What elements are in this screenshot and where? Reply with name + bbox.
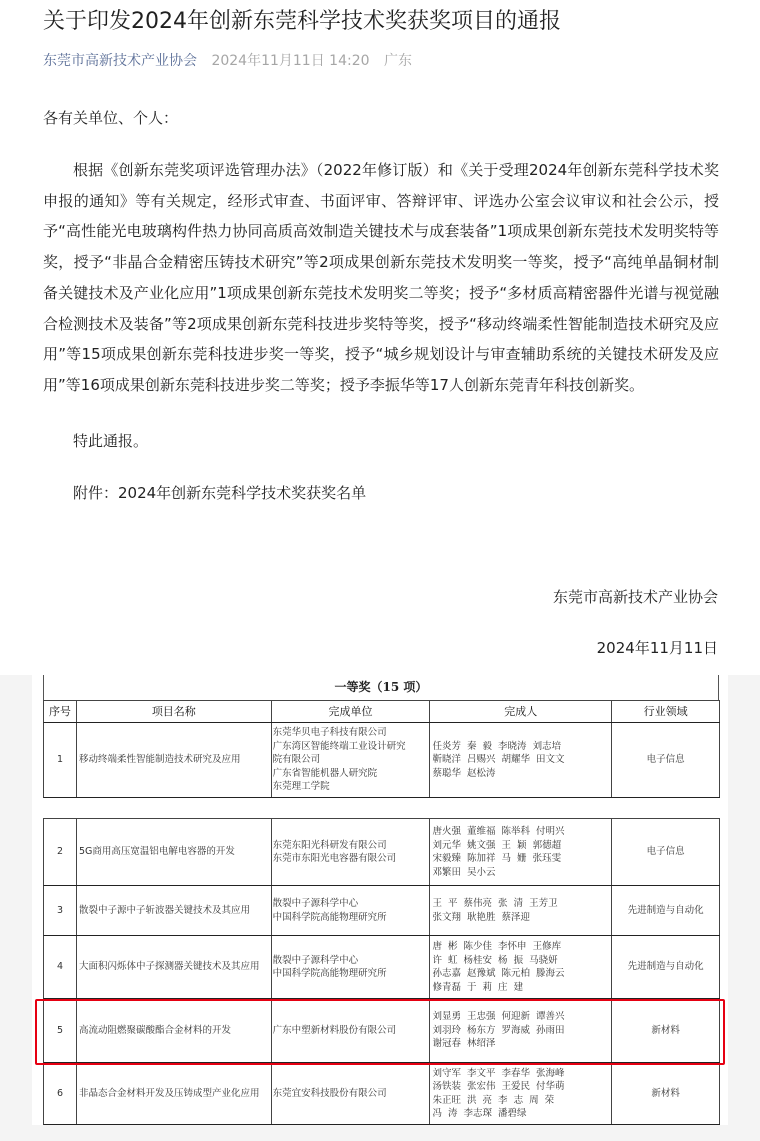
salutation: 各有关单位、个人： — [43, 106, 178, 130]
main-paragraph: 根据《创新东莞奖项评选管理办法》（2022年修订版）和《关于受理2024年创新东… — [43, 155, 719, 401]
row-project-name: 散裂中子源中子斩波器关键技术及其应用 — [77, 886, 272, 935]
table-row: 1 移动终端柔性智能制造技术研究及应用 东莞华贝电子科技有限公司 广东湾区智能终… — [43, 723, 720, 798]
signature-date: 2024年11月11日 — [597, 636, 718, 660]
publish-location: 广东 — [384, 53, 412, 69]
row-seq: 2 — [44, 819, 77, 885]
row-project-name: 5G商用高压宽温铝电解电容器的开发 — [77, 819, 272, 885]
row-field: 电子信息 — [612, 723, 720, 797]
row-field: 先进制造与自动化 — [612, 936, 720, 998]
row-seq: 3 — [44, 886, 77, 935]
row-project-name: 非晶态合金材料开发及压铸成型产业化应用 — [77, 1063, 272, 1124]
article-meta: 东莞市高新技术产业协会 2024年11月11日 14:20 广东 — [43, 51, 412, 71]
row-seq: 1 — [44, 723, 77, 797]
signature: 东莞市高新技术产业协会 — [553, 585, 718, 609]
row-people: 任炎芳 秦 毅 李晓涛 刘志培 靳晓洋 吕赐兴 胡耀华 田文文 蔡聪华 赵松涛 — [430, 723, 612, 797]
row-unit: 东莞东阳光科研发有限公司 东莞市东阳光电容器有限公司 — [272, 819, 431, 885]
header-people: 完成人 — [430, 701, 612, 722]
row-people: 刘守军 李文平 李春华 张海峰 汤铁装 张宏伟 王爱民 付华萌 朱正旺 洪 亮 … — [430, 1063, 612, 1124]
header-unit: 完成单位 — [272, 701, 431, 722]
row-people: 王 平 蔡伟亮 张 清 王芳卫 张文翔 耿艳胜 蔡泽迎 — [430, 886, 612, 935]
row-project-name: 移动终端柔性智能制造技术研究及应用 — [77, 723, 272, 797]
row-project-name: 大面积闪烁体中子探测器关键技术及其应用 — [77, 936, 272, 998]
article-title: 关于印发2024年创新东莞科学技术奖获奖项目的通报 — [43, 6, 561, 38]
table-header-row: 序号 项目名称 完成单位 完成人 行业领域 — [43, 700, 720, 723]
row-seq: 6 — [44, 1063, 77, 1124]
table-title: 一等奖（15 项） — [43, 675, 719, 700]
table-row: 4 大面积闪烁体中子探测器关键技术及其应用 散裂中子源科学中心 中国科学院高能物… — [43, 936, 720, 999]
author-link[interactable]: 东莞市高新技术产业协会 — [43, 53, 197, 69]
row-field: 新材料 — [612, 1063, 720, 1124]
header-seq: 序号 — [44, 701, 77, 722]
row-seq: 4 — [44, 936, 77, 998]
row-field: 先进制造与自动化 — [612, 886, 720, 935]
highlight-box — [35, 999, 725, 1065]
row-unit: 散裂中子源科学中心 中国科学院高能物理研究所 — [272, 886, 431, 935]
header-field: 行业领域 — [612, 701, 720, 722]
row-unit: 东莞宜安科技股份有限公司 — [272, 1063, 431, 1124]
row-unit: 散裂中子源科学中心 中国科学院高能物理研究所 — [272, 936, 431, 998]
attachment-text: 附件：2024年创新东莞科学技术奖获奖名单 — [73, 481, 366, 505]
publish-date: 2024年11月11日 14:20 — [211, 53, 369, 69]
table-row: 2 5G商用高压宽温铝电解电容器的开发 东莞东阳光科研发有限公司 东莞市东阳光电… — [43, 818, 720, 886]
header-name: 项目名称 — [77, 701, 272, 722]
table-row: 6 非晶态合金材料开发及压铸成型产业化应用 东莞宜安科技股份有限公司 刘守军 李… — [43, 1063, 720, 1125]
row-unit: 东莞华贝电子科技有限公司 广东湾区智能终端工业设计研究 院有限公司 广东省智能机… — [272, 723, 431, 797]
closing-text: 特此通报。 — [73, 429, 148, 453]
row-people: 唐火强 董维福 陈举科 付明兴 刘元华 姚文强 王 颖 郭德超 宋毅臻 陈加祥 … — [430, 819, 612, 885]
row-field: 电子信息 — [612, 819, 720, 885]
row-people: 唐 彬 陈少佳 李怀申 王修库 许 虹 杨桂安 杨 振 马骁妍 孙志嘉 赵豫斌 … — [430, 936, 612, 998]
table-row: 3 散裂中子源中子斩波器关键技术及其应用 散裂中子源科学中心 中国科学院高能物理… — [43, 886, 720, 936]
